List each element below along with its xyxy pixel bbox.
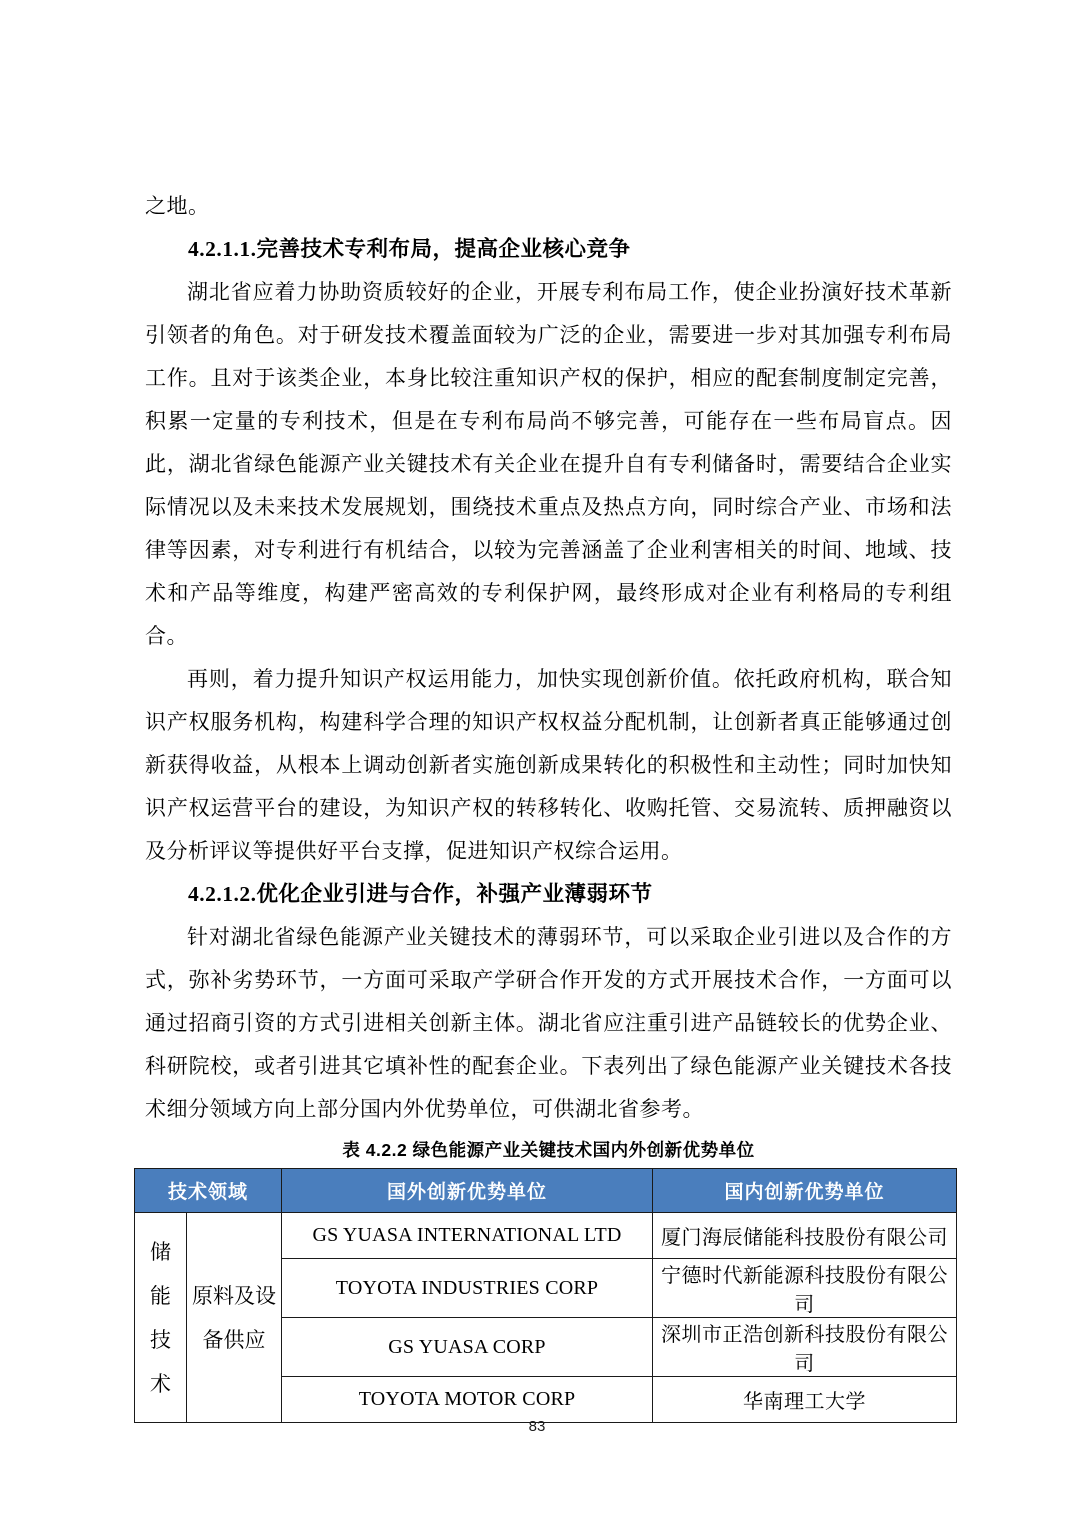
column-header-foreign-units: 国外创新优势单位 bbox=[282, 1169, 653, 1213]
section-heading-4-2-1-1: 4.2.1.1.完善技术专利布局，提高企业核心竞争 bbox=[145, 228, 952, 271]
domestic-unit-cell: 华南理工大学 bbox=[653, 1377, 957, 1423]
domestic-unit-cell: 深圳市正浩创新科技股份有限公司 bbox=[653, 1318, 957, 1377]
foreign-unit-cell: TOYOTA INDUSTRIES CORP bbox=[282, 1259, 653, 1318]
foreign-unit-cell: GS YUASA INTERNATIONAL LTD bbox=[282, 1213, 653, 1259]
paragraph-ip-utilization: 再则，着力提升知识产权运用能力，加快实现创新价值。依托政府机构，联合知识产权服务… bbox=[145, 658, 952, 873]
foreign-unit-cell: TOYOTA MOTOR CORP bbox=[282, 1377, 653, 1423]
page-number: 83 bbox=[0, 1418, 1074, 1435]
domestic-unit-cell: 厦门海辰储能科技股份有限公司 bbox=[653, 1213, 957, 1259]
table-row: 储 能 技 术 原料及设备供应 GS YUASA INTERNATIONAL L… bbox=[135, 1213, 957, 1259]
foreign-unit-cell: GS YUASA CORP bbox=[282, 1318, 653, 1377]
column-header-domestic-units: 国内创新优势单位 bbox=[653, 1169, 957, 1213]
table-caption: 表 4.2.2 绿色能源产业关键技术国内外创新优势单位 bbox=[145, 1134, 952, 1166]
units-table-wrap: 技术领域 国外创新优势单位 国内创新优势单位 储 能 技 术 原料及设备供应 G… bbox=[134, 1168, 952, 1423]
domestic-unit-cell: 宁德时代新能源科技股份有限公司 bbox=[653, 1259, 957, 1318]
section-heading-4-2-1-2: 4.2.1.2.优化企业引进与合作，补强产业薄弱环节 bbox=[145, 873, 952, 916]
document-page: 之地。 4.2.1.1.完善技术专利布局，提高企业核心竞争 湖北省应着力协助资质… bbox=[0, 0, 1074, 1520]
document-content: 之地。 4.2.1.1.完善技术专利布局，提高企业核心竞争 湖北省应着力协助资质… bbox=[145, 185, 952, 1423]
paragraph-continuation: 之地。 bbox=[145, 185, 952, 228]
column-header-tech-domain: 技术领域 bbox=[135, 1169, 282, 1213]
tech-subfield-cell: 原料及设备供应 bbox=[187, 1213, 282, 1423]
paragraph-enterprise-introduction: 针对湖北省绿色能源产业关键技术的薄弱环节，可以采取企业引进以及合作的方式，弥补劣… bbox=[145, 916, 952, 1131]
paragraph-patent-layout: 湖北省应着力协助资质较好的企业，开展专利布局工作，使企业扮演好技术革新引领者的角… bbox=[145, 271, 952, 658]
table-header-row: 技术领域 国外创新优势单位 国内创新优势单位 bbox=[135, 1169, 957, 1213]
tech-field-cell: 储 能 技 术 bbox=[135, 1213, 187, 1423]
units-table: 技术领域 国外创新优势单位 国内创新优势单位 储 能 技 术 原料及设备供应 G… bbox=[134, 1168, 957, 1423]
